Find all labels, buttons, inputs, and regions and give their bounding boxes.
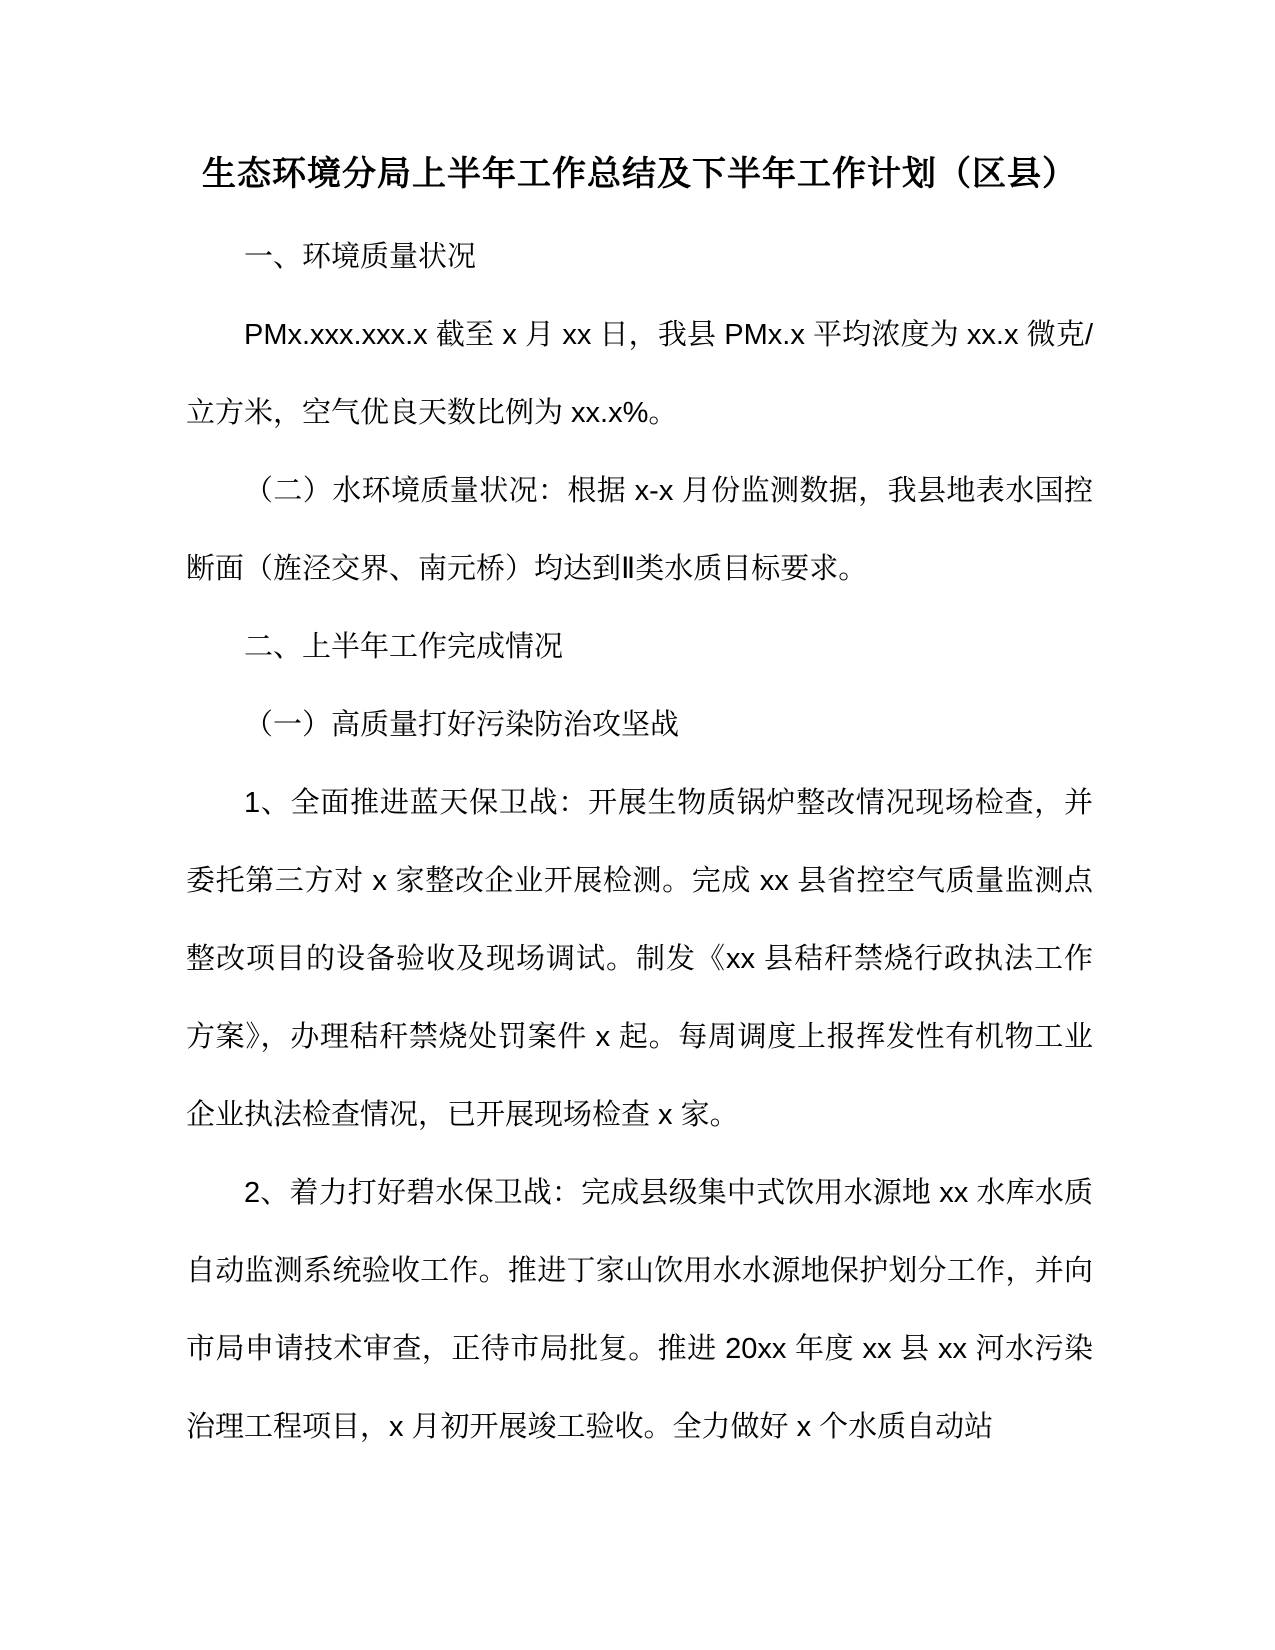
subsection-heading-pollution-control: （一）高质量打好污染防治攻坚战 [186,686,1093,764]
document-title: 生态环境分局上半年工作总结及下半年工作计划（区县） [186,144,1093,204]
paragraph-blue-sky-campaign: 1、全面推进蓝天保卫战：开展生物质锅炉整改情况现场检查，并委托第三方对 x 家整… [186,764,1093,1154]
paragraph-water-quality: （二）水环境质量状况：根据 x-x 月份监测数据，我县地表水国控断面（旌泾交界、… [186,452,1093,608]
section-heading-first-half-work: 二、上半年工作完成情况 [186,608,1093,686]
section-heading-environment-quality: 一、环境质量状况 [186,218,1093,296]
paragraph-clear-water-campaign: 2、着力打好碧水保卫战：完成县级集中式饮用水源地 xx 水库水质自动监测系统验收… [186,1154,1093,1466]
document-body: 一、环境质量状况 PMx.xxx.xxx.x 截至 x 月 xx 日，我县 PM… [186,218,1093,1466]
paragraph-air-quality: PMx.xxx.xxx.x 截至 x 月 xx 日，我县 PMx.x 平均浓度为… [186,296,1093,452]
document-page: 生态环境分局上半年工作总结及下半年工作计划（区县） 一、环境质量状况 PMx.x… [0,0,1275,1650]
